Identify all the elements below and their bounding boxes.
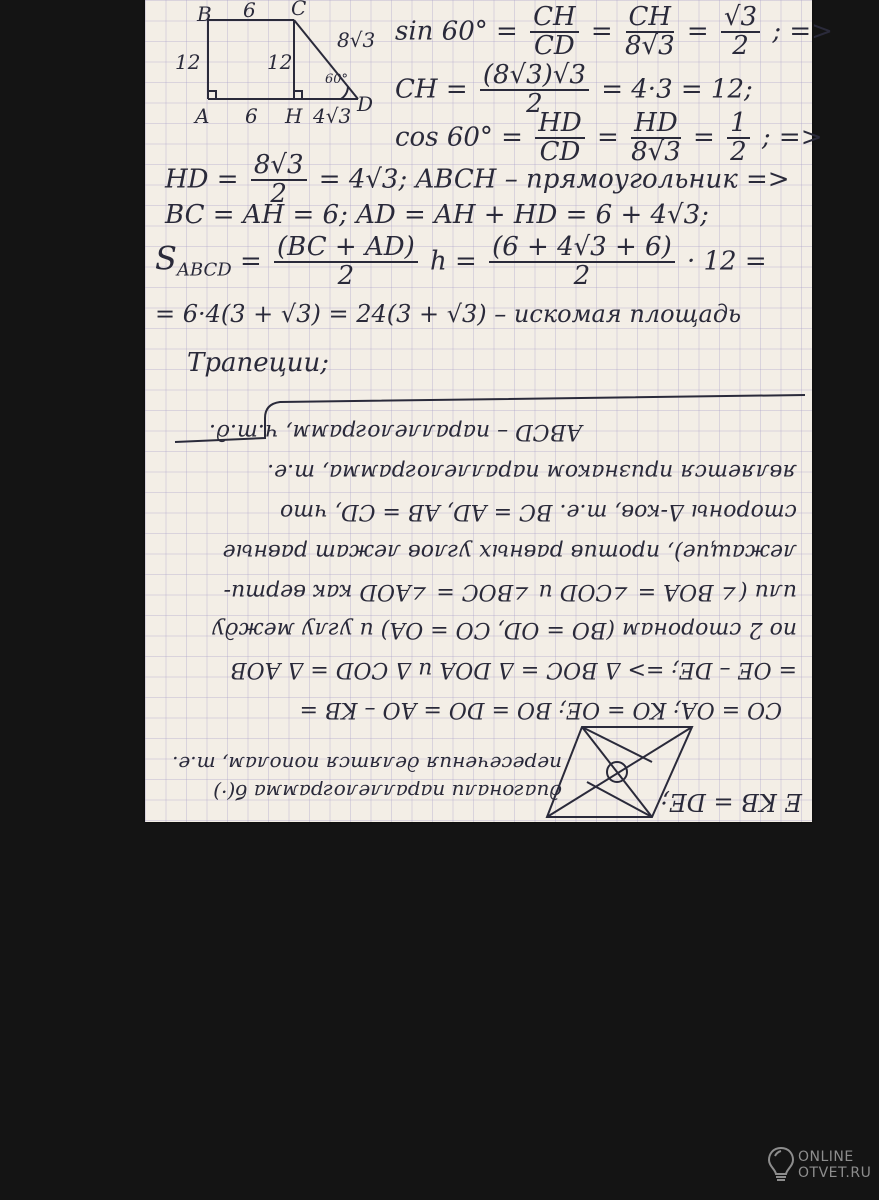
denominator: 2 <box>732 33 749 60</box>
watermark-text: ONLINE OTVET.RU <box>798 1149 871 1181</box>
equals: = <box>591 16 613 46</box>
fraction: CH8√3 <box>625 4 675 61</box>
denominator: 8√3 <box>625 33 675 60</box>
numerator: CH <box>530 4 579 33</box>
numerator: 1 <box>727 110 750 139</box>
hd-lhs: HD = <box>165 164 239 194</box>
side-left-value: 12 <box>175 50 200 74</box>
base-ah-value: 6 <box>245 104 258 128</box>
area-equation: SABCD = (BC + AD)2 h = (6 + 4√3 + 6)2 · … <box>155 234 767 291</box>
hd-tail: = 4√3; ABCH – прямоугольник => <box>319 164 790 194</box>
cos-lhs: cos 60° = <box>395 122 523 152</box>
result-line: = 6·4(3 + √3) = 24(3 + √3) – искомая пло… <box>155 300 741 328</box>
label-D: D <box>357 92 373 116</box>
lightbulb-icon <box>766 1145 796 1185</box>
continue-line: Трапеции; <box>187 348 329 378</box>
numerator: CH <box>626 4 675 33</box>
ch-lhs: CH = <box>395 74 468 104</box>
upside-line: по 2 сторонам (BO = OD, CO = OA) и углу … <box>212 617 797 642</box>
denominator: 2 <box>338 263 355 290</box>
base-hd-value: 4√3 <box>313 104 351 128</box>
equals: = <box>240 246 262 276</box>
label-B: B <box>197 2 212 26</box>
sin-tail: ; => <box>772 16 833 46</box>
equals: = <box>597 122 619 152</box>
angle-d-value: 60° <box>325 72 348 87</box>
denominator: 2 <box>574 263 591 290</box>
upside-line: пересечения делятся пополам, т.е. <box>172 752 562 776</box>
sin-equation: sin 60° = CHCD = CH8√3 = √32 ; => <box>395 4 833 61</box>
equals: = <box>687 16 709 46</box>
height-value: 12 <box>267 50 292 74</box>
upside-line: ABCD – параллелограмм, ч.т.д. <box>209 419 582 444</box>
upside-line: является признаком параллелограмма, т.е. <box>267 459 797 484</box>
upside-line: CO = OA; KO = OE; BO = DO = AO – KB = <box>300 697 783 722</box>
side-top-value: 6 <box>243 0 256 22</box>
watermark-logo: ONLINE OTVET.RU <box>766 1145 871 1185</box>
numerator: (BC + AD) <box>274 234 418 263</box>
equals: = <box>693 122 715 152</box>
watermark-line1: ONLINE <box>798 1149 871 1165</box>
upside-down-solution: E KB = DE; пересечения делятся пополам, … <box>145 400 812 822</box>
upside-line: лежащие), против равных углов лежат равн… <box>223 539 797 564</box>
fraction: √32 <box>721 4 760 61</box>
watermark-line2: OTVET.RU <box>798 1165 871 1181</box>
denominator: CD <box>534 33 575 60</box>
notebook-page: B C A D H 6 12 12 8√3 6 4√3 60° sin 60° … <box>145 0 812 822</box>
label-C: C <box>291 0 306 20</box>
numerator: (8√3)√3 <box>480 62 589 91</box>
numerator: HD <box>535 110 585 139</box>
numerator: HD <box>631 110 681 139</box>
sin-lhs: sin 60° = <box>395 16 518 46</box>
area-tail: · 12 = <box>687 246 767 276</box>
cos-tail: ; => <box>762 122 823 152</box>
area-mid: h = <box>430 246 477 276</box>
upside-line: = OE – DE; => Δ BOC = Δ DOA и Δ COD = Δ … <box>230 657 797 682</box>
label-A: A <box>195 104 209 128</box>
side-cd-value: 8√3 <box>337 28 375 52</box>
ch-tail: = 4·3 = 12; <box>601 74 753 104</box>
fraction: (6 + 4√3 + 6)2 <box>489 234 675 291</box>
upside-line: диагонали параллелограмма б(·) <box>213 780 562 804</box>
fraction: CHCD <box>530 4 579 61</box>
label-H: H <box>285 104 302 128</box>
upside-line: стороны Δ-ков, т.е. BC = AD, AB = CD, чт… <box>280 499 797 524</box>
upside-line: или (∠ BOA = ∠COD и ∠BOC = ∠AOD как верт… <box>224 579 797 604</box>
fraction: (BC + AD)2 <box>274 234 418 291</box>
numerator: 8√3 <box>251 152 307 181</box>
parallelogram-figure <box>532 722 712 822</box>
area-subscript: ABCD <box>177 259 232 280</box>
area-symbol: S <box>155 239 177 277</box>
bc-equation: BC = AH = 6; AD = AH + HD = 6 + 4√3; <box>165 200 709 230</box>
numerator: √3 <box>721 4 760 33</box>
numerator: (6 + 4√3 + 6) <box>489 234 675 263</box>
